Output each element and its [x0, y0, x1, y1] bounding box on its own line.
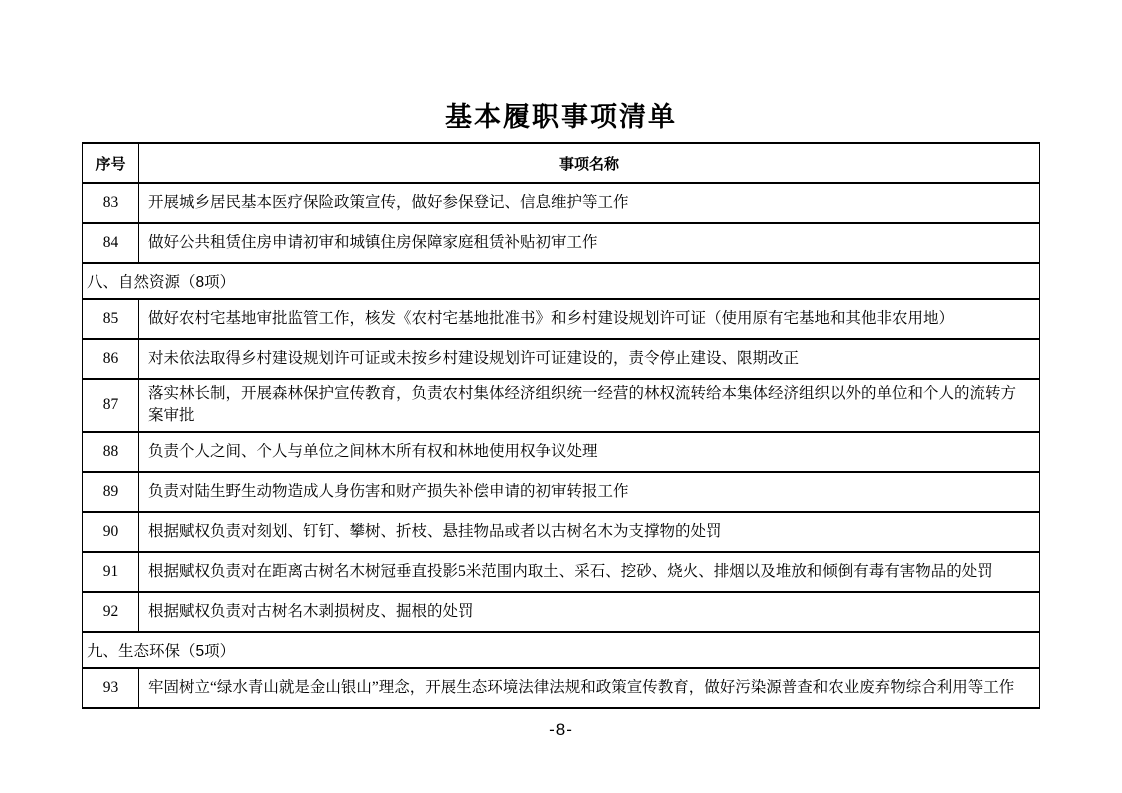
table-row: 87 落实林长制，开展森林保护宣传教育，负责农村集体经济组织统一经营的林权流转给…	[83, 379, 1040, 432]
column-header-index: 序号	[83, 143, 139, 183]
column-header-name: 事项名称	[139, 143, 1040, 183]
row-index: 85	[83, 299, 139, 339]
row-name: 开展城乡居民基本医疗保险政策宣传，做好参保登记、信息维护等工作	[139, 183, 1040, 223]
section-row: 八、自然资源（8项）	[83, 263, 1040, 299]
table-row: 91 根据赋权负责对在距离古树名木树冠垂直投影5米范围内取土、采石、挖砂、烧火、…	[83, 552, 1040, 592]
row-index: 83	[83, 183, 139, 223]
row-index: 87	[83, 379, 139, 432]
table-row: 84 做好公共租赁住房申请初审和城镇住房保障家庭租赁补贴初审工作	[83, 223, 1040, 263]
row-index: 89	[83, 472, 139, 512]
row-index: 84	[83, 223, 139, 263]
row-index: 90	[83, 512, 139, 552]
row-index: 86	[83, 339, 139, 379]
table-row: 88 负责个人之间、个人与单位之间林木所有权和林地使用权争议处理	[83, 432, 1040, 472]
row-index: 91	[83, 552, 139, 592]
duty-items-table: 序号 事项名称 83 开展城乡居民基本医疗保险政策宣传，做好参保登记、信息维护等…	[82, 142, 1040, 709]
table-row: 89 负责对陆生野生动物造成人身伤害和财产损失补偿申请的初审转报工作	[83, 472, 1040, 512]
row-name: 对未依法取得乡村建设规划许可证或未按乡村建设规划许可证建设的，责令停止建设、限期…	[139, 339, 1040, 379]
section-row: 九、生态环保（5项）	[83, 632, 1040, 668]
page-number: -8-	[0, 720, 1122, 740]
row-index: 93	[83, 668, 139, 708]
table-row: 83 开展城乡居民基本医疗保险政策宣传，做好参保登记、信息维护等工作	[83, 183, 1040, 223]
row-name: 根据赋权负责对古树名木剥损树皮、掘根的处罚	[139, 592, 1040, 632]
table-row: 92 根据赋权负责对古树名木剥损树皮、掘根的处罚	[83, 592, 1040, 632]
row-name: 根据赋权负责对刻划、钉钉、攀树、折枝、悬挂物品或者以古树名木为支撑物的处罚	[139, 512, 1040, 552]
row-name: 负责对陆生野生动物造成人身伤害和财产损失补偿申请的初审转报工作	[139, 472, 1040, 512]
row-name: 根据赋权负责对在距离古树名木树冠垂直投影5米范围内取土、采石、挖砂、烧火、排烟以…	[139, 552, 1040, 592]
table-row: 93 牢固树立“绿水青山就是金山银山”理念，开展生态环境法律法规和政策宣传教育，…	[83, 668, 1040, 708]
table-row: 86 对未依法取得乡村建设规划许可证或未按乡村建设规划许可证建设的，责令停止建设…	[83, 339, 1040, 379]
table-header-row: 序号 事项名称	[83, 143, 1040, 183]
section-label: 九、生态环保（5项）	[83, 632, 1040, 668]
table-row: 85 做好农村宅基地审批监管工作，核发《农村宅基地批准书》和乡村建设规划许可证（…	[83, 299, 1040, 339]
section-label: 八、自然资源（8项）	[83, 263, 1040, 299]
table-row: 90 根据赋权负责对刻划、钉钉、攀树、折枝、悬挂物品或者以古树名木为支撑物的处罚	[83, 512, 1040, 552]
page-title: 基本履职事项清单	[0, 95, 1122, 134]
row-name: 落实林长制，开展森林保护宣传教育，负责农村集体经济组织统一经营的林权流转给本集体…	[139, 379, 1040, 432]
row-name: 做好农村宅基地审批监管工作，核发《农村宅基地批准书》和乡村建设规划许可证（使用原…	[139, 299, 1040, 339]
row-name: 负责个人之间、个人与单位之间林木所有权和林地使用权争议处理	[139, 432, 1040, 472]
row-name: 做好公共租赁住房申请初审和城镇住房保障家庭租赁补贴初审工作	[139, 223, 1040, 263]
row-index: 92	[83, 592, 139, 632]
row-name: 牢固树立“绿水青山就是金山银山”理念，开展生态环境法律法规和政策宣传教育，做好污…	[139, 668, 1040, 708]
row-index: 88	[83, 432, 139, 472]
